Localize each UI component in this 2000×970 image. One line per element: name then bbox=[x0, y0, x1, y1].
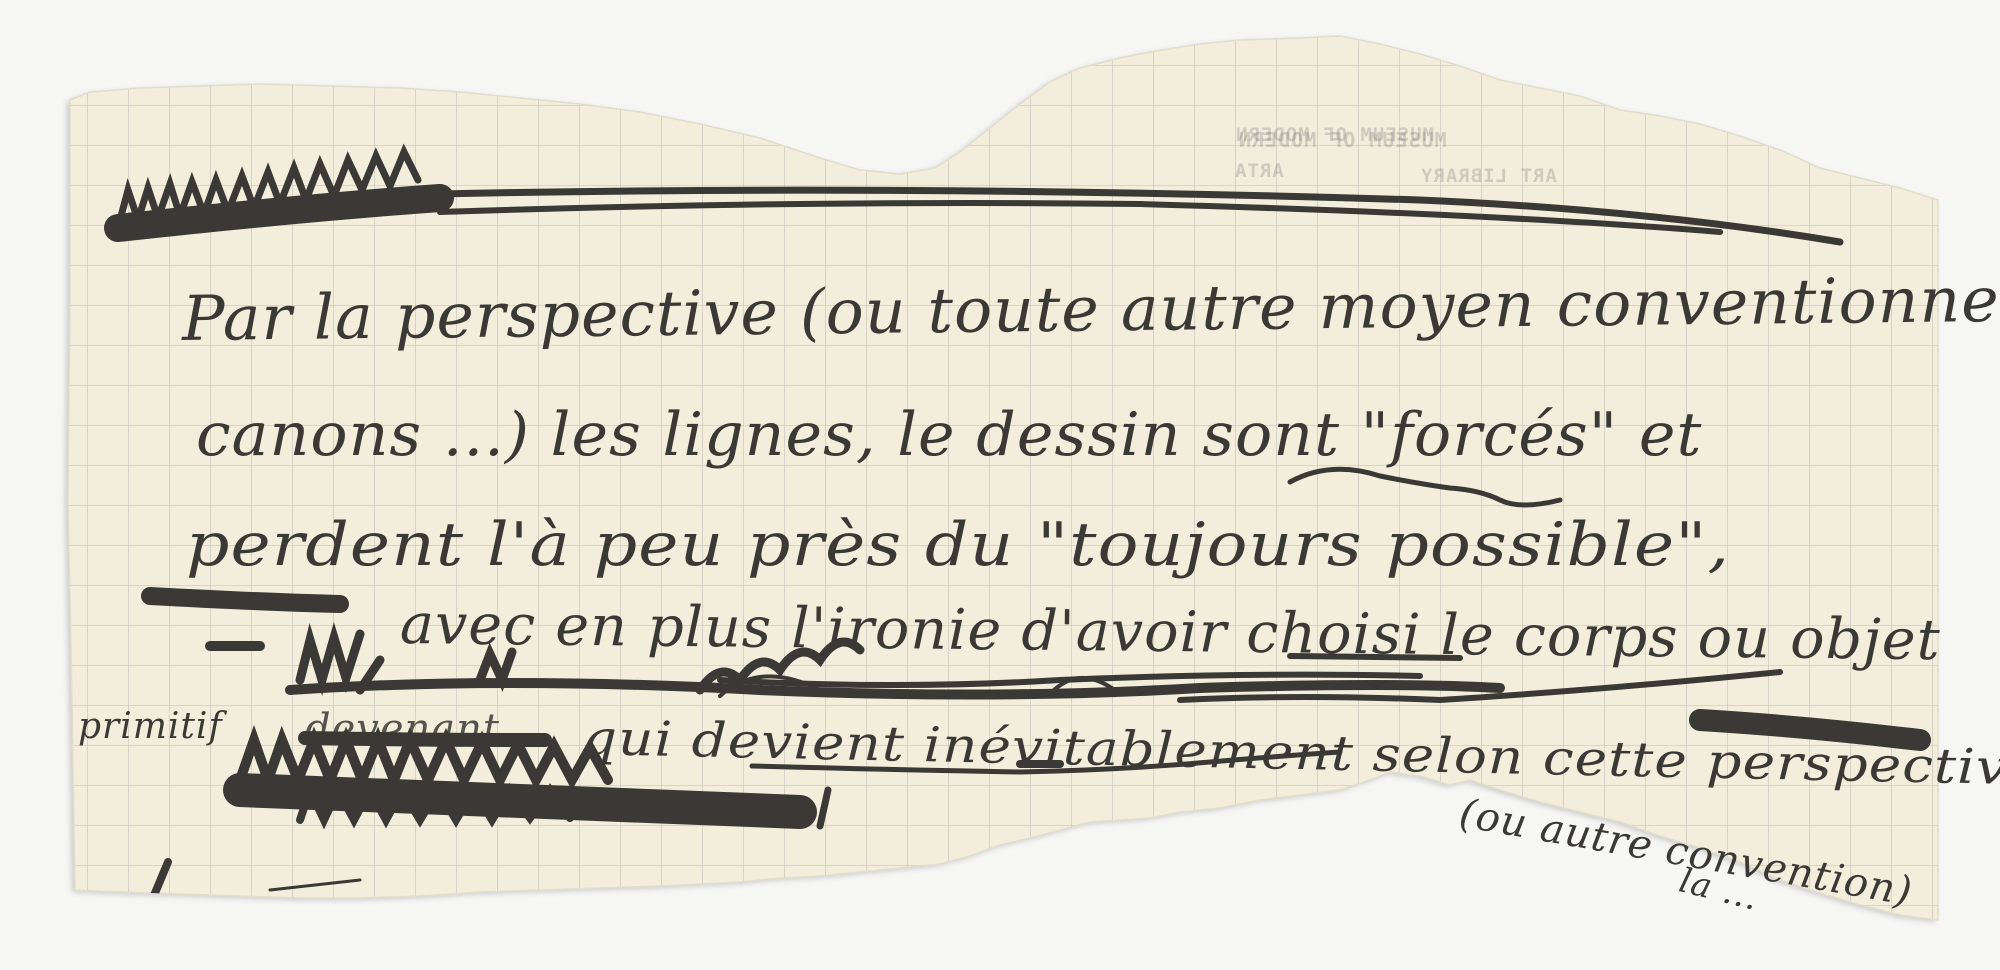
line-2-text: canons ...) les lignes, le dessin sont "… bbox=[196, 400, 1702, 470]
strike-line4-left bbox=[150, 596, 340, 604]
margin-note: primitif bbox=[78, 706, 223, 747]
margin-note-text: primitif bbox=[78, 706, 223, 747]
handwriting-line-3: perdent l'à peu près du "toujours possib… bbox=[186, 510, 1730, 580]
document-canvas: MUSEUM OF MODERN Par la perspective (ou … bbox=[0, 0, 2000, 970]
stamp-block-2: ART LIBRARY bbox=[1420, 165, 1557, 187]
stamp-block: MUSEUM OF MODERN bbox=[1235, 124, 1434, 146]
struck-word: devenant bbox=[305, 706, 500, 752]
stamp-arta-line: ARTA bbox=[1234, 160, 1284, 182]
stamp-museum-line: MUSEUM OF MODERN bbox=[1235, 124, 1434, 146]
paper-fragment bbox=[0, 0, 2000, 970]
handwriting-line-2: canons ...) les lignes, le dessin sont "… bbox=[196, 400, 1702, 470]
stamp-library-line: ART LIBRARY bbox=[1420, 165, 1557, 187]
struck-word-text: devenant bbox=[305, 706, 500, 752]
stamp-block-4: ARTA bbox=[1234, 160, 1284, 182]
line-3-text: perdent l'à peu près du "toujours possib… bbox=[186, 510, 1730, 580]
grid-lines bbox=[0, 0, 2000, 970]
